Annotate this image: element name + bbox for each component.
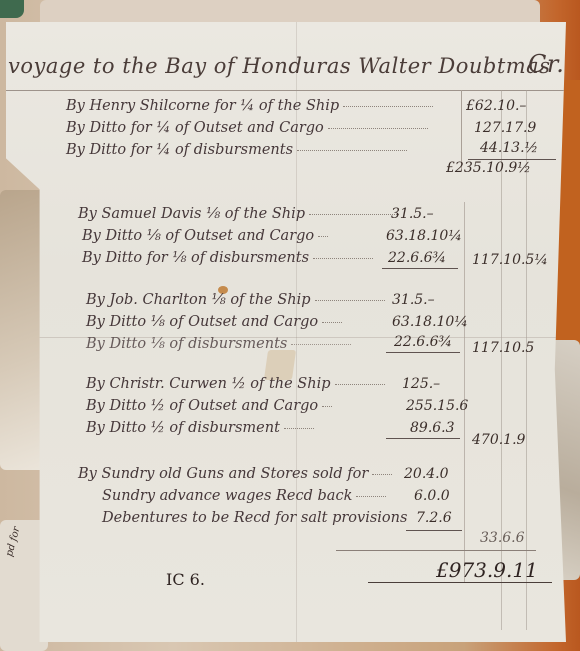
sum-rule — [336, 550, 536, 551]
column-rule — [464, 202, 465, 582]
amount: 20.4.0 — [404, 466, 449, 482]
header-rule — [6, 90, 566, 91]
amount: 7.2.6 — [416, 510, 452, 526]
amount: £62.10.– — [466, 98, 526, 114]
amount: 31.5.– — [391, 206, 434, 222]
ledger-entry: By Ditto ½ of Outset and Cargo — [86, 398, 332, 414]
ledger-entry: By Ditto ⅛ of Outset and Cargo — [86, 314, 342, 330]
grand-total: £973.9.11 — [436, 558, 538, 582]
ledger-entry: By Ditto for ¼ of disbursments — [66, 142, 407, 158]
column-rule — [461, 90, 462, 170]
ledger-page: voyage to the Bay of Honduras Walter Dou… — [6, 22, 566, 642]
sum-rule — [386, 352, 460, 353]
initials-mark: IC 6. — [166, 570, 205, 589]
amount: 255.15.6 — [406, 398, 468, 414]
amount: 63.18.10¼ — [386, 228, 462, 244]
fold-line — [296, 22, 297, 642]
amount: 44.13.½ — [480, 140, 538, 156]
ledger-entry: Sundry advance wages Recd back — [102, 488, 386, 504]
total-rule — [368, 582, 552, 583]
section-subtotal: 117.10.5¼ — [472, 252, 548, 268]
amount: 127.17.9 — [474, 120, 536, 136]
ledger-entry: By Ditto ⅛ of Outset and Cargo — [82, 228, 328, 244]
ledger-entry: By Ditto ⅛ of disbursments — [86, 336, 351, 352]
ledger-entry: By Sundry old Guns and Stores sold for — [78, 466, 392, 482]
amount: 89.6.3 — [410, 420, 455, 436]
background-scrap — [0, 0, 24, 18]
ledger-entry: By Ditto for ¼ of Outset and Cargo — [66, 120, 428, 136]
section-subtotal: £235.10.9½ — [446, 160, 531, 176]
ledger-entry: By Henry Shilcorne for ¼ of the Ship — [66, 98, 433, 114]
ledger-entry: By Samuel Davis ⅛ of the Ship — [78, 206, 399, 222]
section-subtotal: 470.1.9 — [472, 432, 525, 448]
credit-mark: Cr. — [528, 50, 564, 78]
ledger-entry: By Ditto ½ of disbursment — [86, 420, 314, 436]
amount: 22.6.6¾ — [394, 334, 452, 350]
amount: 125.– — [402, 376, 440, 392]
amount: 22.6.6¾ — [388, 250, 446, 266]
sum-rule — [382, 268, 458, 269]
sum-rule — [386, 438, 460, 439]
section-subtotal: 117.10.5 — [472, 340, 534, 356]
ledger-entry: Debentures to be Recd for salt provision… — [102, 510, 407, 526]
page-title: voyage to the Bay of Honduras Walter Dou… — [8, 54, 550, 78]
amount: 63.18.10¼ — [392, 314, 468, 330]
ledger-entry: By Christr. Curwen ½ of the Ship — [86, 376, 385, 392]
amount: 6.0.0 — [414, 488, 450, 504]
ledger-entry: By Job. Charlton ⅛ of the Ship — [86, 292, 385, 308]
sum-rule — [406, 530, 462, 531]
amount: 31.5.– — [392, 292, 435, 308]
section-subtotal: 33.6.6 — [480, 530, 525, 546]
ledger-entry: By Ditto for ⅛ of disbursments — [82, 250, 373, 266]
title-text: voyage to the Bay of Honduras Walter Dou… — [8, 54, 550, 78]
